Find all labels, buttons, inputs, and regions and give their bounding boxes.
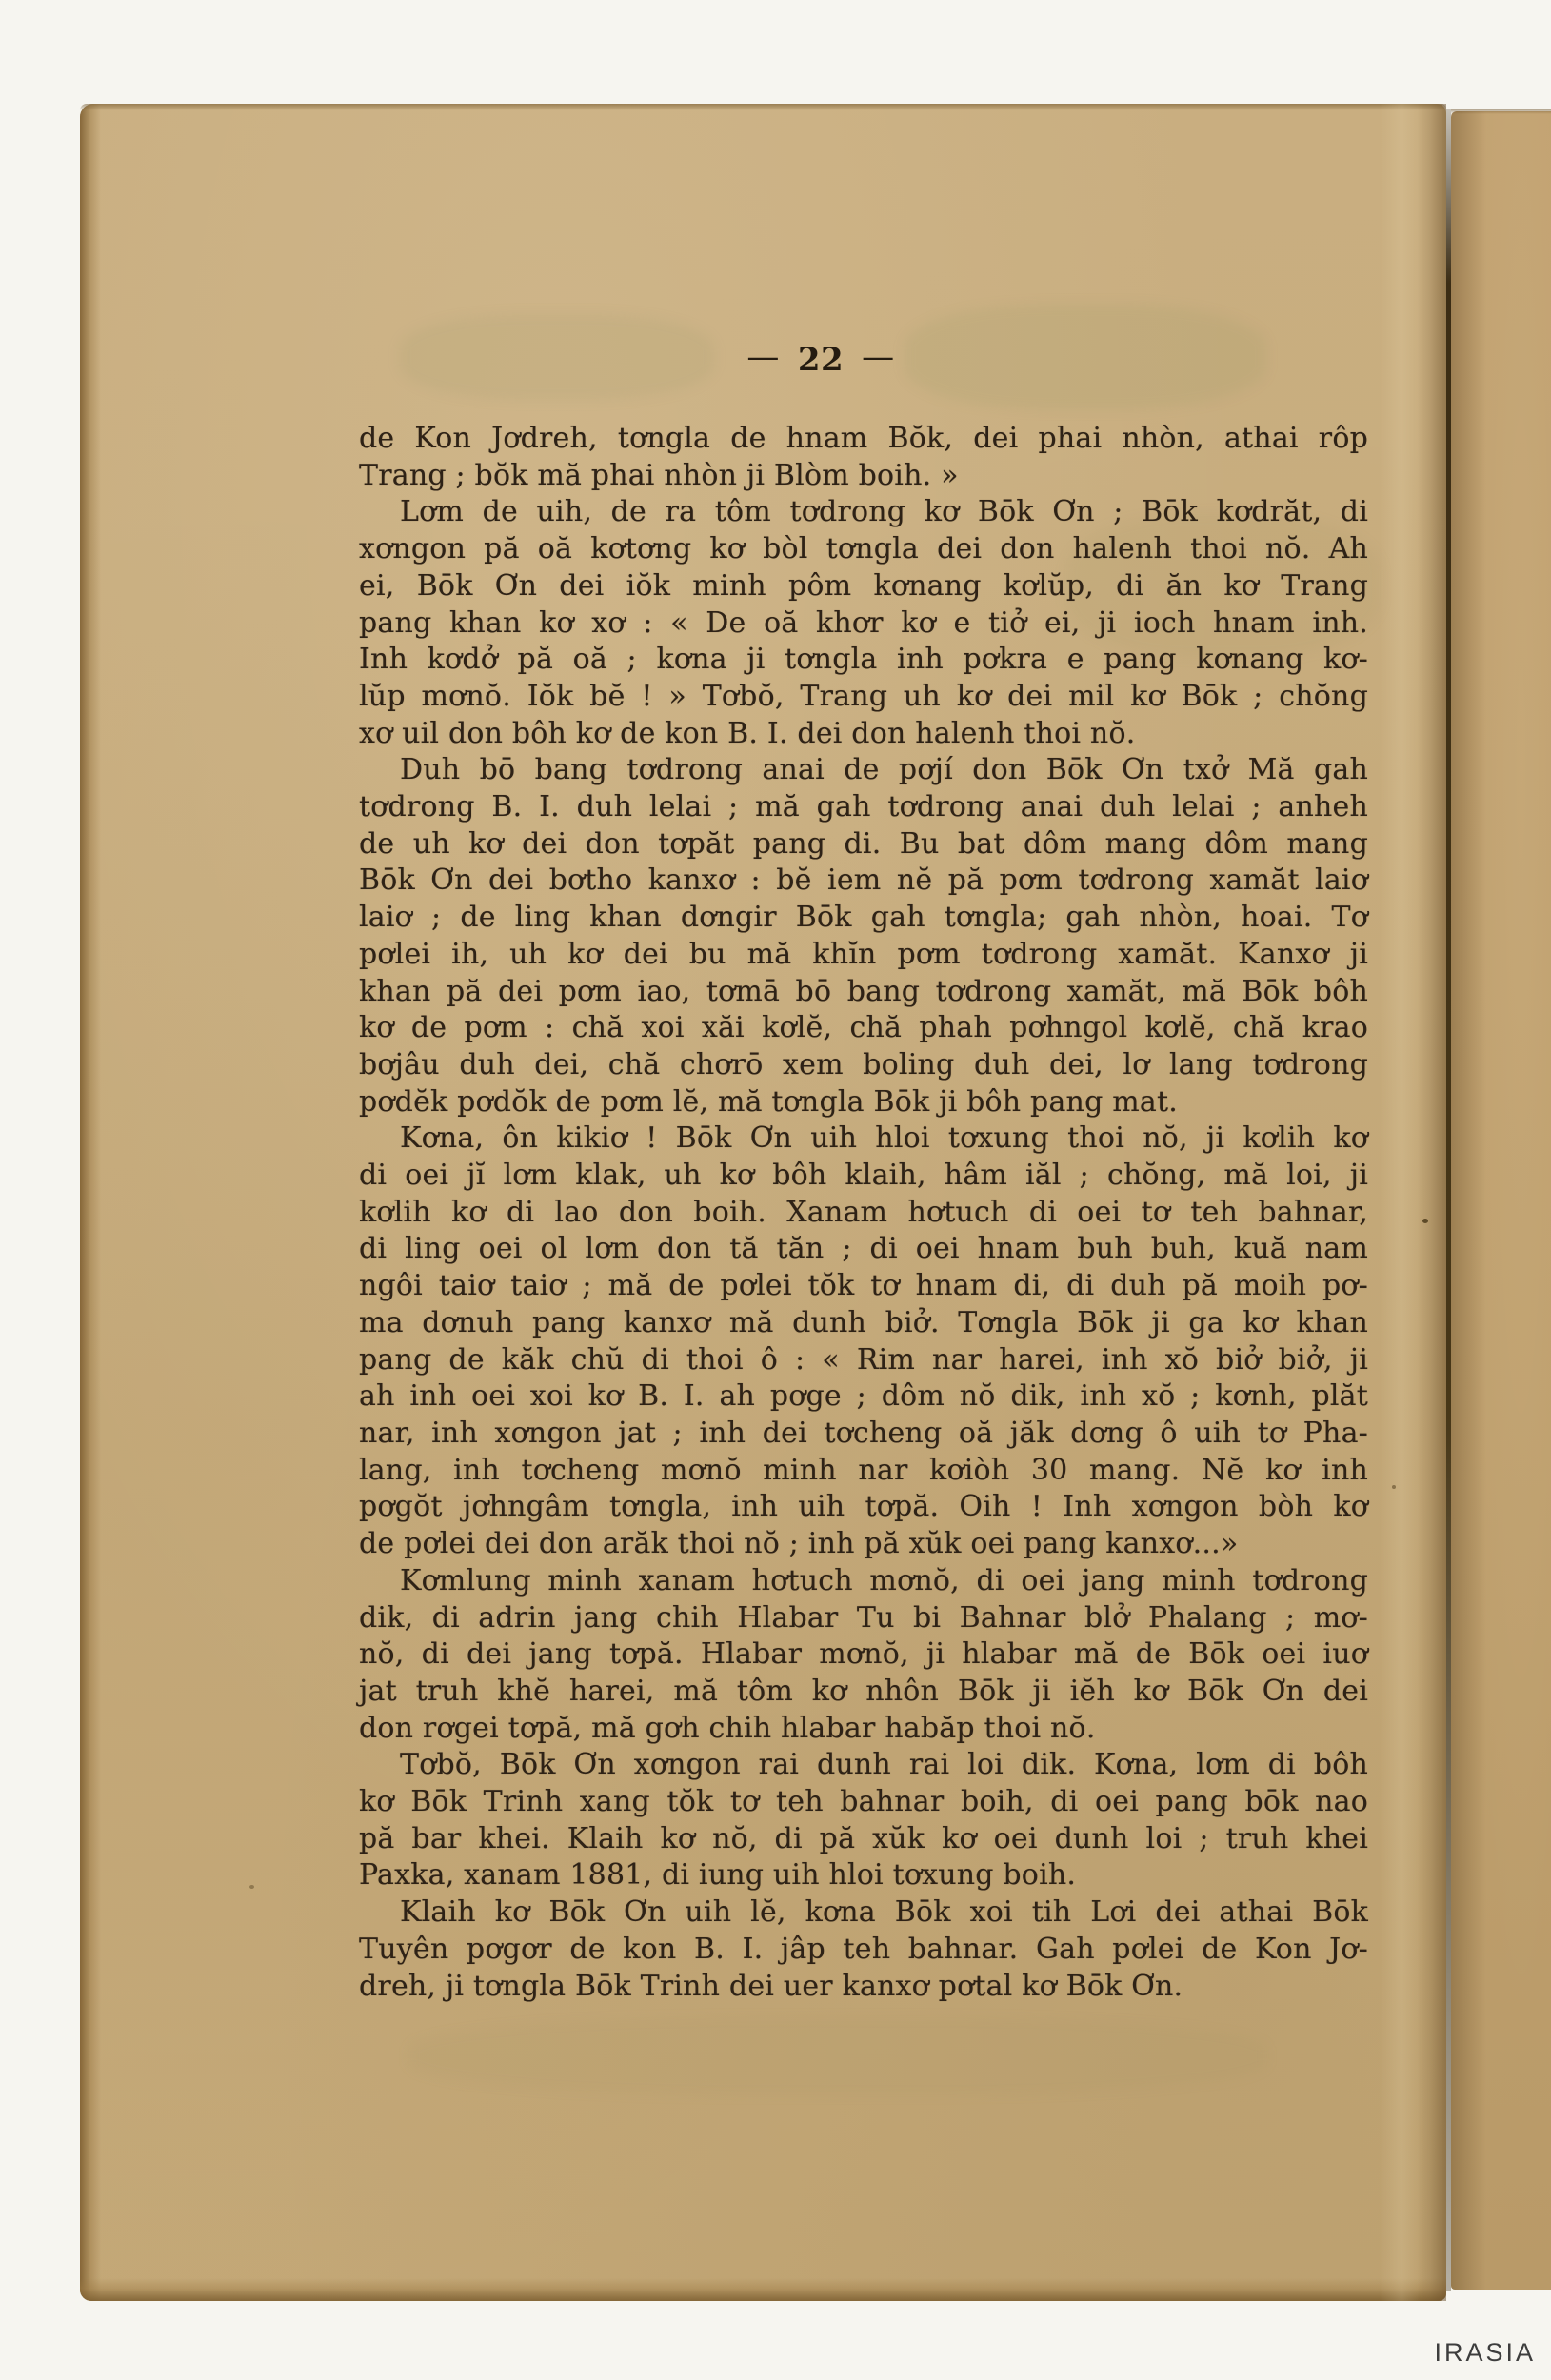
header-dash-right: — (862, 336, 895, 378)
paper-speck (1392, 1485, 1396, 1489)
body-text: de Kon Jơdreh, tơngla de hnam Bŏk, dei p… (359, 421, 1368, 2005)
facing-page-top-edge (1451, 109, 1551, 114)
paragraph: Kơmlung minh xanam hơtuch mơnŏ, di oei j… (359, 1563, 1368, 1748)
paragraph: Kơna, ôn kikiơ ! Bōk Ơn uih hloi tơxung … (359, 1121, 1368, 1562)
text-line: di ling oei ol lơm don tă tăn ; di oei h… (359, 1231, 1368, 1268)
text-line: di oei jĭ lơm klak, uh kơ bôh klaih, hâm… (359, 1158, 1368, 1195)
text-line: pang khan kơ xơ : « De oă khơr kơ e tiở … (359, 605, 1368, 643)
paragraph: Duh bō bang tơdrong anai de pơjí don Bōk… (359, 752, 1368, 1121)
text-line: ei, Bōk Ơn dei iŏk minh pôm kơnang kơlŭp… (359, 568, 1368, 605)
text-line: Inh kơdở pă oă ; kơna ji tơngla inh pơkr… (359, 642, 1368, 679)
text-line: laiơ ; de ling khan dơngir Bōk gah tơngl… (359, 900, 1368, 937)
text-line: pơlei ih, uh kơ dei bu mă khĭn pơm tơdro… (359, 937, 1368, 974)
text-line: don rơgei tơpă, mă gơh chih hlabar habăp… (359, 1711, 1368, 1748)
paragraph: de Kon Jơdreh, tơngla de hnam Bŏk, dei p… (359, 421, 1368, 494)
deckle-edge-top (80, 104, 1446, 110)
text-line: dreh, ji tơngla Bōk Trinh dei uer kanxơ … (359, 1969, 1368, 2006)
text-line: lang, inh tơcheng mơnŏ minh nar kơiòh 30… (359, 1453, 1368, 1490)
text-line: ah inh oei xoi kơ B. I. ah pơge ; dôm nŏ… (359, 1378, 1368, 1416)
text-line: ma dơnuh pang kanxơ mă dunh biở. Tơngla … (359, 1305, 1368, 1342)
text-line: khan pă dei pơm iao, tơmā bō bang tơdron… (359, 974, 1368, 1011)
page-number: 22 (798, 339, 844, 381)
text-line: Duh bō bang tơdrong anai de pơjí don Bōk… (359, 752, 1368, 789)
paragraph: Klaih kơ Bōk Ơn uih lĕ, kơna Bōk xoi tih… (359, 1894, 1368, 2005)
text-line: nŏ, di dei jang tơpă. Hlabar mơnŏ, ji hl… (359, 1636, 1368, 1674)
text-line: Klaih kơ Bōk Ơn uih lĕ, kơna Bōk xoi tih… (359, 1894, 1368, 1932)
paragraph: Lơm de uih, de ra tôm tơdrong kơ Bōk Ơn … (359, 494, 1368, 752)
text-line: Lơm de uih, de ra tôm tơdrong kơ Bōk Ơn … (359, 494, 1368, 531)
text-line: xơngon pă oă kơtơng kơ bòl tơngla dei do… (359, 531, 1368, 568)
text-line: tơdrong B. I. duh lelai ; mă gah tơdrong… (359, 789, 1368, 826)
text-line: Kơna, ôn kikiơ ! Bōk Ơn uih hloi tơxung … (359, 1121, 1368, 1158)
text-line: bơjâu duh dei, chă chơrō xem boling duh … (359, 1047, 1368, 1084)
deckle-edge-bottom (80, 2278, 1446, 2301)
text-line: lŭp mơnŏ. Iŏk bĕ ! » Tơbŏ, Trang uh kơ d… (359, 679, 1368, 716)
text-line: Kơmlung minh xanam hơtuch mơnŏ, di oei j… (359, 1563, 1368, 1600)
facing-page-edge (1451, 111, 1551, 2290)
text-line: ngôi taiơ taiơ ; mă de pơlei tŏk tơ hnam… (359, 1268, 1368, 1305)
text-line: Trang ; bŏk mă phai nhòn ji Blòm boih. » (359, 458, 1368, 495)
text-line: kơlih kơ di lao don boih. Xanam hơtuch d… (359, 1195, 1368, 1232)
watermark-label: IRASIA (1434, 2338, 1536, 2368)
text-line: pă bar khei. Klaih kơ nŏ, di pă xŭk kơ o… (359, 1821, 1368, 1858)
page-header: —22— (359, 339, 1283, 381)
text-line: pang de kăk chŭ di thoi ô : « Rim nar ha… (359, 1342, 1368, 1379)
text-line: kơ de pơm : chă xoi xăi kơlĕ, chă phah p… (359, 1010, 1368, 1047)
text-line: Paxka, xanam 1881, di iung uih hloi tơxu… (359, 1857, 1368, 1894)
page-right-shadow (1418, 104, 1446, 2301)
text-line: de uh kơ dei don tơpăt pang di. Bu bat d… (359, 826, 1368, 863)
header-dash-left: — (746, 336, 780, 378)
text-line: Tuyên pơgơr de kon B. I. jâp teh bahnar.… (359, 1932, 1368, 1969)
text-line: nar, inh xơngon jat ; inh dei tơcheng oă… (359, 1416, 1368, 1453)
paper-speck (1422, 1219, 1428, 1223)
text-line: de pơlei dei don arăk thoi nŏ ; inh pă x… (359, 1526, 1368, 1563)
paragraph: Tơbŏ, Bōk Ơn xơngon rai dunh rai loi dik… (359, 1747, 1368, 1894)
text-line: jat truh khĕ harei, mă tôm kơ nhôn Bōk j… (359, 1674, 1368, 1711)
text-line: pơdĕk pơdŏk de pơm lĕ, mă tơngla Bōk ji … (359, 1084, 1368, 1121)
text-line: pơgŏt jơhngâm tơngla, inh uih tơpă. Oih … (359, 1489, 1368, 1526)
scan-background: { "header": { "dash_left": "—", "page_nu… (0, 0, 1551, 2380)
text-line: Tơbŏ, Bōk Ơn xơngon rai dunh rai loi dik… (359, 1747, 1368, 1784)
fold-highlight (1380, 104, 1420, 2301)
text-line: xơ uil don bôh kơ de kon B. I. dei don h… (359, 716, 1368, 753)
text-line: dik, di adrin jang chih Hlabar Tu bi Bah… (359, 1600, 1368, 1637)
text-line: de Kon Jơdreh, tơngla de hnam Bŏk, dei p… (359, 421, 1368, 458)
paper-speck (249, 1885, 254, 1889)
deckle-edge-left (80, 104, 101, 2301)
text-line: kơ Bōk Trinh xang tŏk tơ teh bahnar boih… (359, 1784, 1368, 1821)
text-line: Bōk Ơn dei bơtho kanxơ : bĕ iem nĕ pă pơ… (359, 863, 1368, 900)
